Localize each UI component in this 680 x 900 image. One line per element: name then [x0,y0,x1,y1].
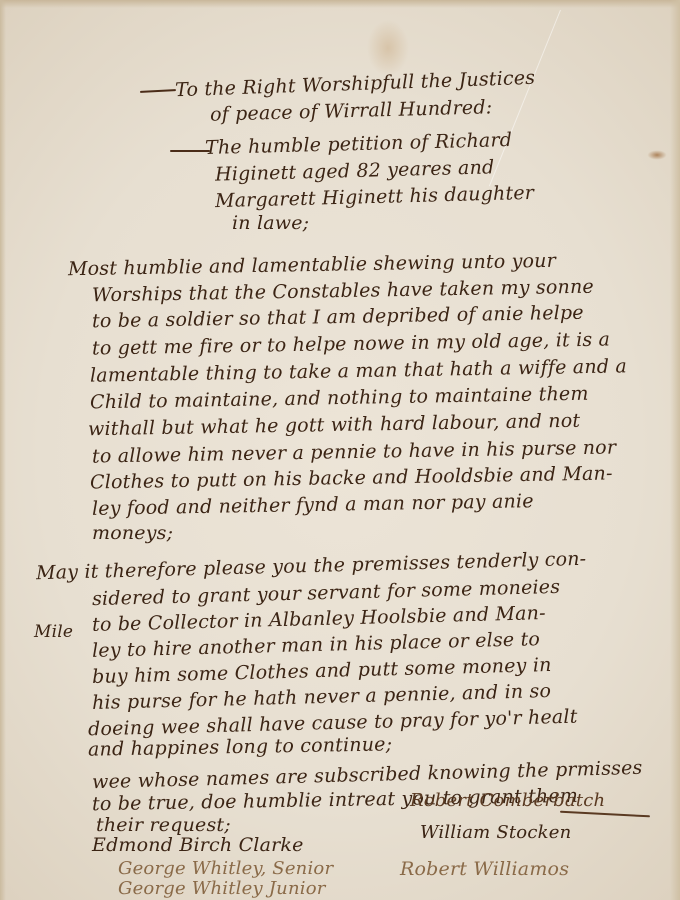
body-line: to be a soldier so that I am depribed of… [92,302,584,333]
flourish-stroke [170,150,210,152]
paper-edge-left [0,0,6,900]
signature: Robert Comberbatch [410,790,605,811]
body-line: withall but what he gott with hard labou… [88,410,581,441]
title-line: Margarett Higinett his daughter [215,182,535,212]
address-line: of peace of Wirrall Hundred: [210,96,493,125]
signature: George Whitley Junior [118,878,326,899]
signature: George Whitley, Senior [118,858,333,879]
signature: Robert Williamos [400,858,569,880]
paper-edge-right [670,0,680,900]
signature: William Stocken [420,822,571,843]
paper-crease [489,10,561,187]
body-line: to gett me fire or to helpe nowe in my o… [92,328,610,359]
body-line: Most humblie and lamentablie shewing unt… [68,250,556,281]
title-line: in lawe; [232,212,309,234]
body-line: Child to maintaine, and nothing to maint… [90,383,589,414]
signature: Edmond Birch Clarke [92,834,304,856]
flourish-stroke [140,89,176,92]
margin-note: Mile [34,622,73,642]
paper-edge-top [0,0,680,8]
body-line: ley food and neither fynd a man nor pay … [92,490,534,520]
body-line: their request; [96,814,231,836]
manuscript-page: To the Right Worshipfull the Justices of… [0,0,680,900]
title-line: The humble petition of Richard [205,129,513,159]
title-line: Higinett aged 82 yeares and [215,156,495,185]
body-line: moneys; [92,522,173,544]
flourish-stroke [560,811,650,817]
body-line: lamentable thing to take a man that hath… [90,355,627,386]
body-line: Clothes to putt on his backe and Hooldsb… [90,462,613,493]
body-line: Worships that the Constables have taken … [92,276,594,307]
body-line: and happines long to continue; [88,733,393,760]
